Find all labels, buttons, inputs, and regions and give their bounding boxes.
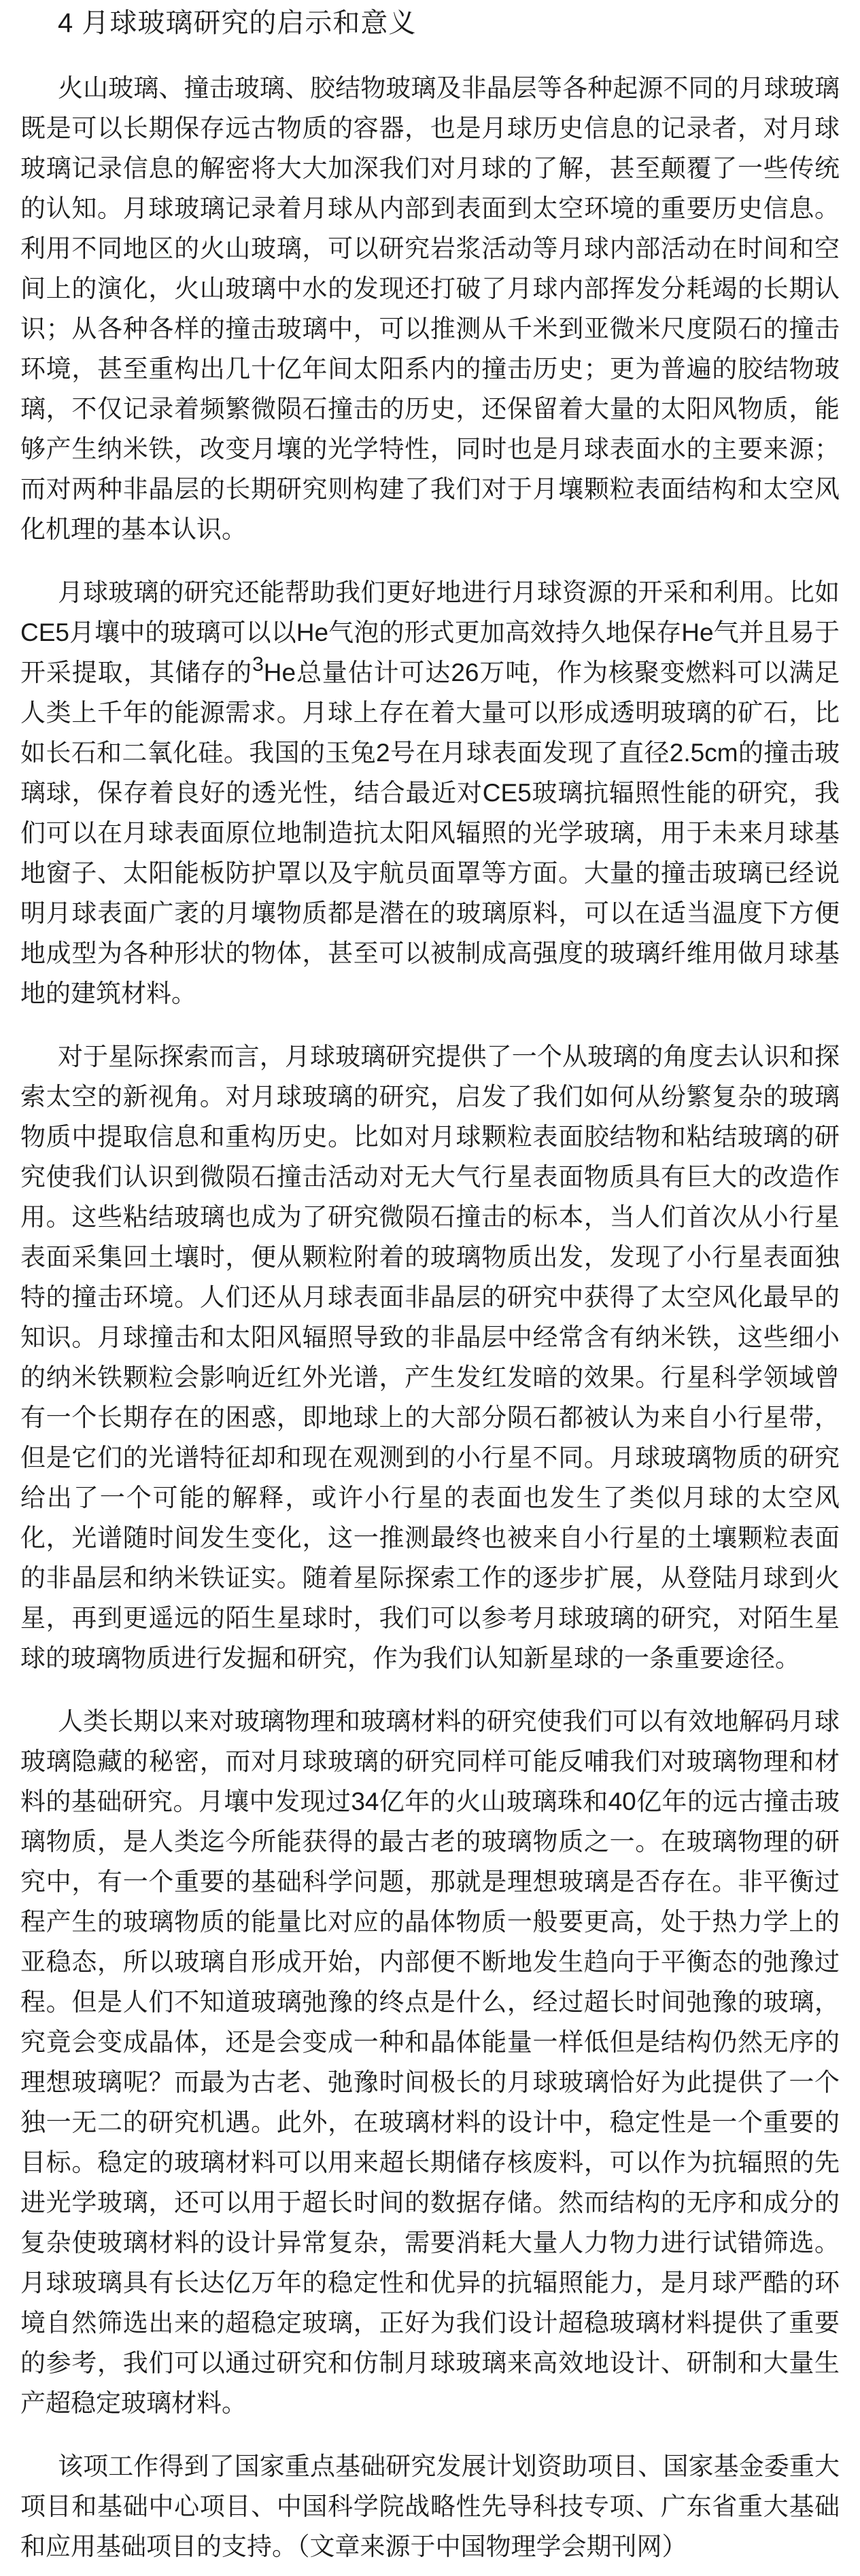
paragraph-origins-text: 火山玻璃、撞击玻璃、胶结物玻璃及非晶层等各种起源不同的月球玻璃既是可以长期保存远… [20, 74, 840, 543]
paragraph-interstellar-exploration-text: 对于星际探索而言，月球玻璃研究提供了一个从玻璃的角度去认识和探索太空的新视角。对… [20, 1043, 840, 1672]
paragraph-acknowledgement: 该项工作得到了国家重点基础研究发展计划资助项目、国家基金委重大项目和基础中心项目… [20, 2446, 840, 2566]
paragraph-resources: 月球玻璃的研究还能帮助我们更好地进行月球资源的开采和利用。比如CE5月壤中的玻璃… [20, 572, 840, 1013]
paragraph-acknowledgement-text: 该项工作得到了国家重点基础研究发展计划资助项目、国家基金委重大项目和基础中心项目… [20, 2452, 840, 2560]
paragraph-glass-physics: 人类长期以来对玻璃物理和玻璃材料的研究使我们可以有效地解码月球玻璃隐藏的秘密，而… [20, 1701, 840, 2423]
paragraph-resources-text-after-sup: He总量估计可达26万吨，作为核聚变燃料可以满足人类上千年的能源需求。月球上存在… [20, 659, 840, 1007]
article: 4 月球玻璃研究的启示和意义 火山玻璃、撞击玻璃、胶结物玻璃及非晶层等各种起源不… [20, 5, 840, 2566]
helium3-superscript: 3 [252, 653, 264, 676]
paragraph-origins: 火山玻璃、撞击玻璃、胶结物玻璃及非晶层等各种起源不同的月球玻璃既是可以长期保存远… [20, 68, 840, 549]
section-title: 4 月球玻璃研究的启示和意义 [20, 5, 840, 41]
document-page: 4 月球玻璃研究的启示和意义 火山玻璃、撞击玻璃、胶结物玻璃及非晶层等各种起源不… [0, 0, 860, 2576]
paragraph-glass-physics-text: 人类长期以来对玻璃物理和玻璃材料的研究使我们可以有效地解码月球玻璃隐藏的秘密，而… [20, 1707, 840, 2417]
paragraph-interstellar-exploration: 对于星际探索而言，月球玻璃研究提供了一个从玻璃的角度去认识和探索太空的新视角。对… [20, 1037, 840, 1678]
